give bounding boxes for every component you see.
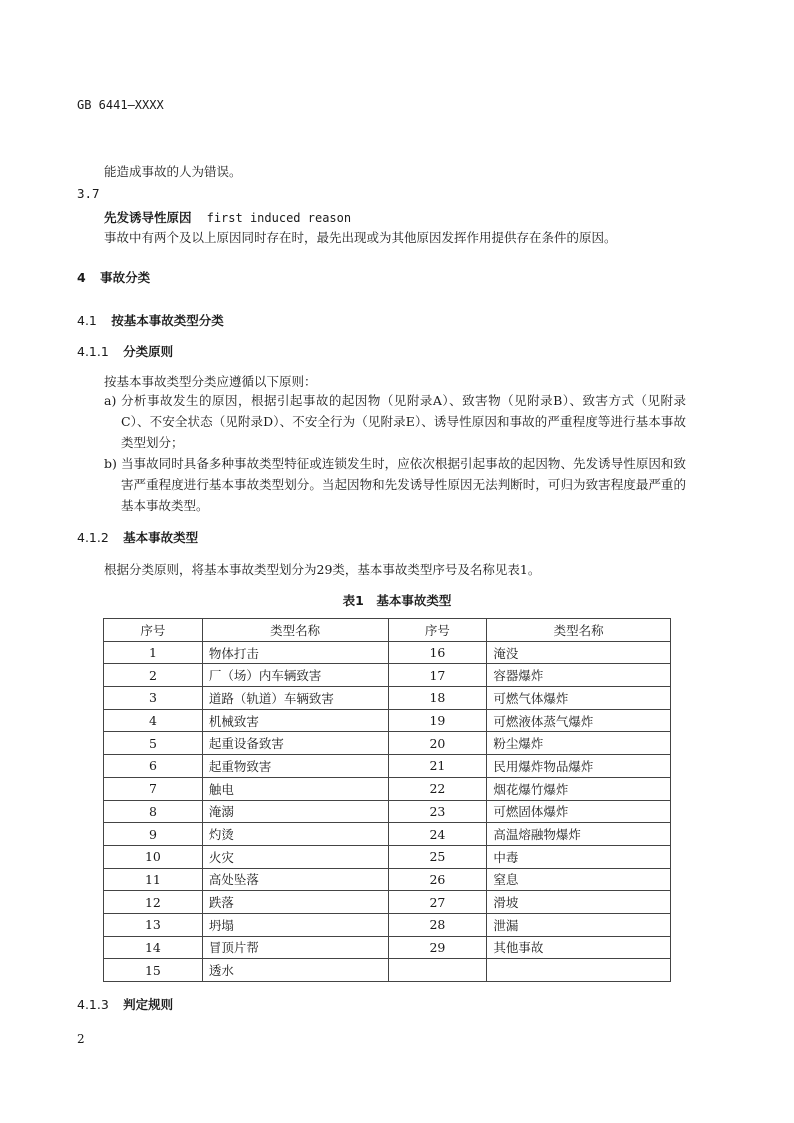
page-number: 2	[77, 1032, 85, 1046]
cell-type-name: 高处坠落	[202, 868, 388, 891]
cell-number: 12	[104, 891, 203, 914]
cell-type-name: 冒顶片帮	[202, 936, 388, 959]
table-row: 9灼烫24高温熔融物爆炸	[104, 823, 671, 846]
cell-type-name: 起重设备致害	[202, 732, 388, 755]
cell-type-name: 火灾	[202, 845, 388, 868]
column-header-number: 序号	[388, 619, 487, 642]
table-row: 7触电22烟花爆竹爆炸	[104, 777, 671, 800]
cell-number: 20	[388, 732, 487, 755]
list-item-b: b) 当事故同时具备多种事故类型特征或连锁发生时，应依次根据引起事故的起因物、先…	[77, 453, 687, 516]
table-row: 3道路（轨道）车辆致害18可燃气体爆炸	[104, 687, 671, 710]
column-header-number: 序号	[104, 619, 203, 642]
cell-type-name: 坍塌	[202, 913, 388, 936]
principles-intro: 按基本事故类型分类应遵循以下原则：	[104, 372, 317, 390]
cell-number	[388, 959, 487, 982]
table-row: 13坍塌28泄漏	[104, 913, 671, 936]
section-title: 事故分类	[100, 270, 150, 285]
table-row: 8淹溺23可燃固体爆炸	[104, 800, 671, 823]
cell-type-name: 高温熔融物爆炸	[487, 823, 671, 846]
cell-type-name	[487, 959, 671, 982]
cell-number: 3	[104, 687, 203, 710]
section-number: 4.1	[77, 313, 97, 328]
cell-type-name: 窒息	[487, 868, 671, 891]
cell-number: 28	[388, 913, 487, 936]
section-title: 按基本事故类型分类	[111, 313, 224, 328]
table-row: 1物体打击16淹没	[104, 641, 671, 664]
cell-number: 23	[388, 800, 487, 823]
cell-type-name: 厂（场）内车辆致害	[202, 664, 388, 687]
cell-type-name: 中毒	[487, 845, 671, 868]
list-marker: a)	[104, 390, 116, 411]
cell-number: 5	[104, 732, 203, 755]
cell-type-name: 起重物致害	[202, 755, 388, 778]
table-caption: 表1 基本事故类型	[0, 591, 794, 609]
cell-number: 29	[388, 936, 487, 959]
term-number: 3.7	[77, 186, 100, 201]
cell-number: 11	[104, 868, 203, 891]
cell-number: 17	[388, 664, 487, 687]
cell-number: 22	[388, 777, 487, 800]
table-header-row: 序号 类型名称 序号 类型名称	[104, 619, 671, 642]
cell-type-name: 滑坡	[487, 891, 671, 914]
list-item-text: 分析事故发生的原因，根据引起事故的起因物（见附录A）、致害物（见附录B）、致害方…	[121, 390, 686, 453]
cell-number: 1	[104, 641, 203, 664]
section-number: 4.1.3	[77, 997, 109, 1012]
cell-type-name: 跌落	[202, 891, 388, 914]
cell-number: 19	[388, 709, 487, 732]
cell-number: 14	[104, 936, 203, 959]
document-code-header: GB 6441—XXXX	[77, 98, 164, 112]
continuation-text: 能造成事故的人为错误。	[104, 162, 242, 180]
table-row: 14冒顶片帮29其他事故	[104, 936, 671, 959]
cell-number: 27	[388, 891, 487, 914]
table-row: 12跌落27滑坡	[104, 891, 671, 914]
cell-number: 7	[104, 777, 203, 800]
list-marker: b)	[104, 453, 117, 474]
section-number: 4.1.2	[77, 530, 109, 545]
cell-number: 10	[104, 845, 203, 868]
column-header-type-name: 类型名称	[487, 619, 671, 642]
section-4-1-3-heading: 4.1.3 判定规则	[77, 995, 173, 1013]
cell-type-name: 容器爆炸	[487, 664, 671, 687]
cell-type-name: 透水	[202, 959, 388, 982]
table-row: 10火灾25中毒	[104, 845, 671, 868]
cell-number: 6	[104, 755, 203, 778]
table-row: 11高处坠落26窒息	[104, 868, 671, 891]
cell-number: 21	[388, 755, 487, 778]
cell-type-name: 灼烫	[202, 823, 388, 846]
section-title: 判定规则	[123, 997, 173, 1012]
cell-type-name: 其他事故	[487, 936, 671, 959]
cell-number: 13	[104, 913, 203, 936]
section-4-1-2-heading: 4.1.2 基本事故类型	[77, 528, 198, 546]
cell-type-name: 触电	[202, 777, 388, 800]
cell-number: 4	[104, 709, 203, 732]
cell-type-name: 可燃气体爆炸	[487, 687, 671, 710]
term-title: 先发诱导性原因 first induced reason	[104, 207, 351, 226]
cell-type-name: 淹没	[487, 641, 671, 664]
term-zh: 先发诱导性原因	[104, 210, 192, 225]
section-title: 基本事故类型	[123, 530, 198, 545]
section-4-heading: 4 事故分类	[77, 268, 150, 286]
table-row: 6起重物致害21民用爆炸物品爆炸	[104, 755, 671, 778]
cell-number: 26	[388, 868, 487, 891]
cell-type-name: 可燃液体蒸气爆炸	[487, 709, 671, 732]
term-definition: 事故中有两个及以上原因同时存在时，最先出现或为其他原因发挥作用提供存在条件的原因…	[104, 228, 617, 246]
table-row: 2厂（场）内车辆致害17容器爆炸	[104, 664, 671, 687]
cell-type-name: 机械致害	[202, 709, 388, 732]
table-row: 4机械致害19可燃液体蒸气爆炸	[104, 709, 671, 732]
cell-type-name: 泄漏	[487, 913, 671, 936]
table-row: 15透水	[104, 959, 671, 982]
cell-number: 16	[388, 641, 487, 664]
cell-type-name: 民用爆炸物品爆炸	[487, 755, 671, 778]
cell-number: 18	[388, 687, 487, 710]
basic-accident-types-table: 序号 类型名称 序号 类型名称 1物体打击16淹没 2厂（场）内车辆致害17容器…	[103, 618, 671, 982]
column-header-type-name: 类型名称	[202, 619, 388, 642]
cell-type-name: 道路（轨道）车辆致害	[202, 687, 388, 710]
section-title: 分类原则	[123, 344, 173, 359]
cell-number: 25	[388, 845, 487, 868]
cell-type-name: 物体打击	[202, 641, 388, 664]
cell-number: 9	[104, 823, 203, 846]
cell-type-name: 淹溺	[202, 800, 388, 823]
cell-type-name: 烟花爆竹爆炸	[487, 777, 671, 800]
cell-number: 15	[104, 959, 203, 982]
term-en: first induced reason	[207, 211, 352, 225]
basic-types-paragraph: 根据分类原则，将基本事故类型划分为29类，基本事故类型序号及名称见表1。	[104, 560, 540, 578]
list-item-a: a) 分析事故发生的原因，根据引起事故的起因物（见附录A）、致害物（见附录B）、…	[77, 390, 687, 453]
cell-number: 24	[388, 823, 487, 846]
cell-type-name: 粉尘爆炸	[487, 732, 671, 755]
cell-type-name: 可燃固体爆炸	[487, 800, 671, 823]
list-item-text: 当事故同时具备多种事故类型特征或连锁发生时，应依次根据引起事故的起因物、先发诱导…	[121, 453, 686, 516]
cell-number: 2	[104, 664, 203, 687]
section-number: 4	[77, 270, 86, 285]
section-4-1-1-heading: 4.1.1 分类原则	[77, 342, 173, 360]
table-row: 5起重设备致害20粉尘爆炸	[104, 732, 671, 755]
section-number: 4.1.1	[77, 344, 109, 359]
cell-number: 8	[104, 800, 203, 823]
section-4-1-heading: 4.1 按基本事故类型分类	[77, 311, 224, 329]
